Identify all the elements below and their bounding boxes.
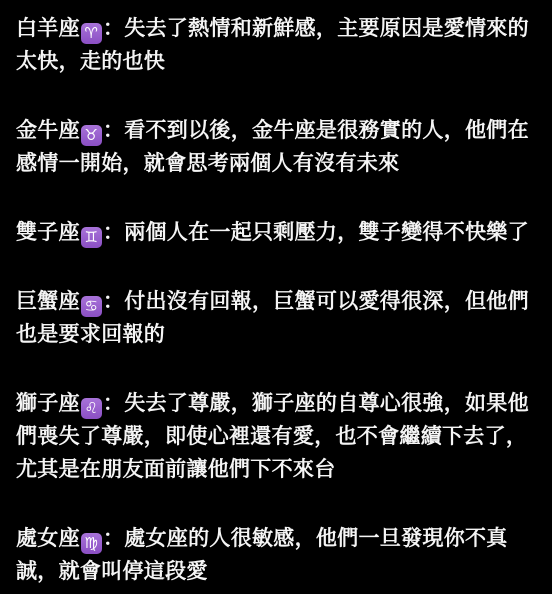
zodiac-paragraph: 巨蟹座♋：付出沒有回報，巨蟹可以愛得很深，但他們也是要求回報的 [16, 285, 534, 351]
zodiac-paragraph: 雙子座♊：兩個人在一起只剩壓力，雙子變得不快樂了 [16, 216, 534, 249]
zodiac-post: 白羊座♈：失去了熱情和新鮮感，主要原因是愛情來的太快，走的也快 金牛座♉：看不到… [0, 0, 552, 594]
zodiac-sign-name: 金牛座 [16, 119, 80, 142]
zodiac-paragraph: 處女座♍：處女座的人很敏感，他們一旦發現你不真誠，就會叫停這段愛 [16, 522, 534, 588]
virgo-icon: ♍ [81, 533, 102, 554]
leo-icon: ♌ [81, 398, 102, 419]
zodiac-sign-name: 獅子座 [16, 392, 80, 415]
gemini-icon: ♊ [81, 227, 102, 248]
aries-icon: ♈ [81, 23, 102, 44]
cancer-icon: ♋ [81, 296, 102, 317]
zodiac-list: 白羊座♈：失去了熱情和新鮮感，主要原因是愛情來的太快，走的也快 金牛座♉：看不到… [16, 12, 534, 588]
zodiac-sign-name: 處女座 [16, 527, 80, 550]
zodiac-paragraph: 金牛座♉：看不到以後，金牛座是很務實的人，他們在感情一開始，就會思考兩個人有沒有… [16, 114, 534, 180]
taurus-icon: ♉ [81, 125, 102, 146]
zodiac-paragraph: 獅子座♌：失去了尊嚴，獅子座的自尊心很強，如果他們喪失了尊嚴，即使心裡還有愛，也… [16, 387, 534, 486]
zodiac-sign-name: 白羊座 [16, 17, 80, 40]
zodiac-sign-name: 巨蟹座 [16, 290, 80, 313]
zodiac-text: ：兩個人在一起只剩壓力，雙子變得不快樂了 [103, 221, 529, 244]
zodiac-paragraph: 白羊座♈：失去了熱情和新鮮感，主要原因是愛情來的太快，走的也快 [16, 12, 534, 78]
zodiac-sign-name: 雙子座 [16, 221, 80, 244]
